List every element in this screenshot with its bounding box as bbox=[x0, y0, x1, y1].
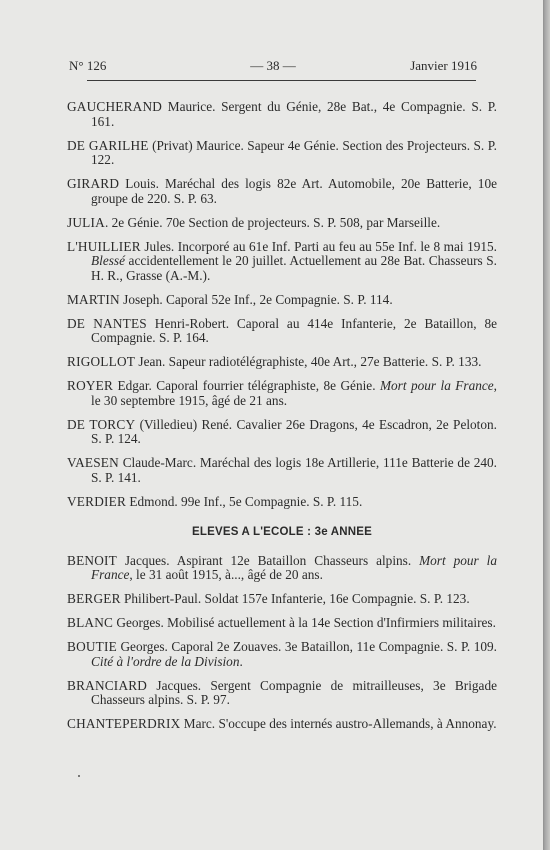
list-item: BLANC Georges. Mobilisé actuellement à l… bbox=[67, 616, 497, 631]
page-header: N° 126 — 38 — Janvier 1916 bbox=[69, 58, 477, 78]
entry-text: Jacques. Sergent Compagnie de mitrailleu… bbox=[91, 678, 497, 708]
entry-text-continued: . bbox=[239, 654, 242, 669]
entry-surname: VERDIER bbox=[67, 494, 126, 509]
entry-surname: GIRARD bbox=[67, 176, 119, 191]
entry-surname: DE NANTES bbox=[67, 316, 147, 331]
entry-text: . 2e Génie. 70e Section de projecteurs. … bbox=[105, 215, 440, 230]
entry-emphasis: Blessé bbox=[91, 253, 125, 268]
entry-text: Georges. Mobilisé actuellement à la 14e … bbox=[113, 615, 496, 630]
entry-surname: ROYER bbox=[67, 378, 113, 393]
header-rule bbox=[87, 80, 476, 81]
entry-surname: DE GARILHE bbox=[67, 138, 149, 153]
entry-text: Marc. S'occupe des internés austro-Allem… bbox=[180, 716, 496, 731]
entry-text: Georges. Caporal 2e Zouaves. 3e Bataillo… bbox=[117, 639, 497, 654]
list-item: DE GARILHE (Privat) Maurice. Sapeur 4e G… bbox=[67, 139, 497, 168]
print-speck bbox=[78, 775, 80, 777]
document-page: N° 126 — 38 — Janvier 1916 GAUCHERAND Ma… bbox=[0, 0, 543, 850]
list-item: BRANCIARD Jacques. Sergent Compagnie de … bbox=[67, 679, 497, 708]
list-item: JULIA. 2e Génie. 70e Section de projecte… bbox=[67, 216, 497, 231]
entry-surname: BOUTIE bbox=[67, 639, 117, 654]
list-item: L'HUILLIER Jules. Incorporé au 61e Inf. … bbox=[67, 240, 497, 284]
entry-surname: CHANTEPERDRIX bbox=[67, 716, 180, 731]
entry-text: Jules. Incorporé au 61e Inf. Parti au fe… bbox=[141, 239, 497, 254]
list-item: BERGER Philibert-Paul. Soldat 157e Infan… bbox=[67, 592, 497, 607]
entry-text: Edmond. 99e Inf., 5e Compagnie. S. P. 11… bbox=[126, 494, 362, 509]
entry-surname: BRANCIARD bbox=[67, 678, 147, 693]
list-item: DE TORCY (Villedieu) René. Cavalier 26e … bbox=[67, 418, 497, 447]
list-item: CHANTEPERDRIX Marc. S'occupe des interné… bbox=[67, 717, 497, 732]
entry-surname: MARTIN bbox=[67, 292, 120, 307]
entry-surname: L'HUILLIER bbox=[67, 239, 141, 254]
entry-surname: VAESEN bbox=[67, 455, 119, 470]
list-item: BOUTIE Georges. Caporal 2e Zouaves. 3e B… bbox=[67, 640, 497, 669]
list-item: VAESEN Claude-Marc. Maréchal des logis 1… bbox=[67, 456, 497, 485]
entry-surname: GAUCHERAND bbox=[67, 99, 162, 114]
page-body: GAUCHERAND Maurice. Sergent du Génie, 28… bbox=[67, 100, 497, 741]
entry-text: Jacques. Aspirant 12e Bataillon Chasseur… bbox=[117, 553, 419, 568]
list-item: RIGOLLOT Jean. Sapeur radiotélégraphiste… bbox=[67, 355, 497, 370]
list-item: ROYER Edgar. Caporal fourrier télégraphi… bbox=[67, 379, 497, 408]
entry-emphasis: Mort pour la France bbox=[380, 378, 494, 393]
list-item: BENOIT Jacques. Aspirant 12e Bataillon C… bbox=[67, 554, 497, 583]
entry-emphasis: Cité à l'ordre de la Division bbox=[91, 654, 239, 669]
section-heading: ELEVES A L'ECOLE : 3e ANNEE bbox=[67, 525, 497, 540]
list-item: GIRARD Louis. Maréchal des logis 82e Art… bbox=[67, 177, 497, 206]
entry-surname: BENOIT bbox=[67, 553, 117, 568]
entry-text-continued: accidentellement le 20 juillet. Actuelle… bbox=[91, 253, 497, 283]
entry-text: Edgar. Caporal fourrier télégraphiste, 8… bbox=[113, 378, 380, 393]
entry-text: (Privat) Maurice. Sapeur 4e Génie. Secti… bbox=[91, 138, 497, 168]
entry-surname: RIGOLLOT bbox=[67, 354, 135, 369]
list-item: VERDIER Edmond. 99e Inf., 5e Compagnie. … bbox=[67, 495, 497, 510]
entry-text: Louis. Maréchal des logis 82e Art. Autom… bbox=[91, 176, 497, 206]
entry-list-students: BENOIT Jacques. Aspirant 12e Bataillon C… bbox=[67, 554, 497, 732]
entry-text: Claude-Marc. Maréchal des logis 18e Arti… bbox=[91, 455, 497, 485]
entry-surname: JULIA bbox=[67, 215, 105, 230]
entry-text: (Villedieu) René. Cavalier 26e Dragons, … bbox=[91, 417, 497, 447]
list-item: MARTIN Joseph. Caporal 52e Inf., 2e Comp… bbox=[67, 293, 497, 308]
entry-text: Joseph. Caporal 52e Inf., 2e Compagnie. … bbox=[120, 292, 393, 307]
page-edge-shadow bbox=[543, 0, 550, 850]
entry-surname: BERGER bbox=[67, 591, 121, 606]
entry-surname: BLANC bbox=[67, 615, 113, 630]
list-item: GAUCHERAND Maurice. Sergent du Génie, 28… bbox=[67, 100, 497, 129]
entry-list-mobilized: GAUCHERAND Maurice. Sergent du Génie, 28… bbox=[67, 100, 497, 509]
entry-text: Jean. Sapeur radiotélégraphiste, 40e Art… bbox=[135, 354, 481, 369]
entry-text: Philibert-Paul. Soldat 157e Infanterie, … bbox=[121, 591, 470, 606]
issue-date: Janvier 1916 bbox=[410, 58, 477, 74]
entry-surname: DE TORCY bbox=[67, 417, 135, 432]
entry-text-continued: , le 31 août 1915, à..., âgé de 20 ans. bbox=[129, 567, 323, 582]
list-item: DE NANTES Henri-Robert. Caporal au 414e … bbox=[67, 317, 497, 346]
entry-text: Henri-Robert. Caporal au 414e Infanterie… bbox=[91, 316, 497, 346]
